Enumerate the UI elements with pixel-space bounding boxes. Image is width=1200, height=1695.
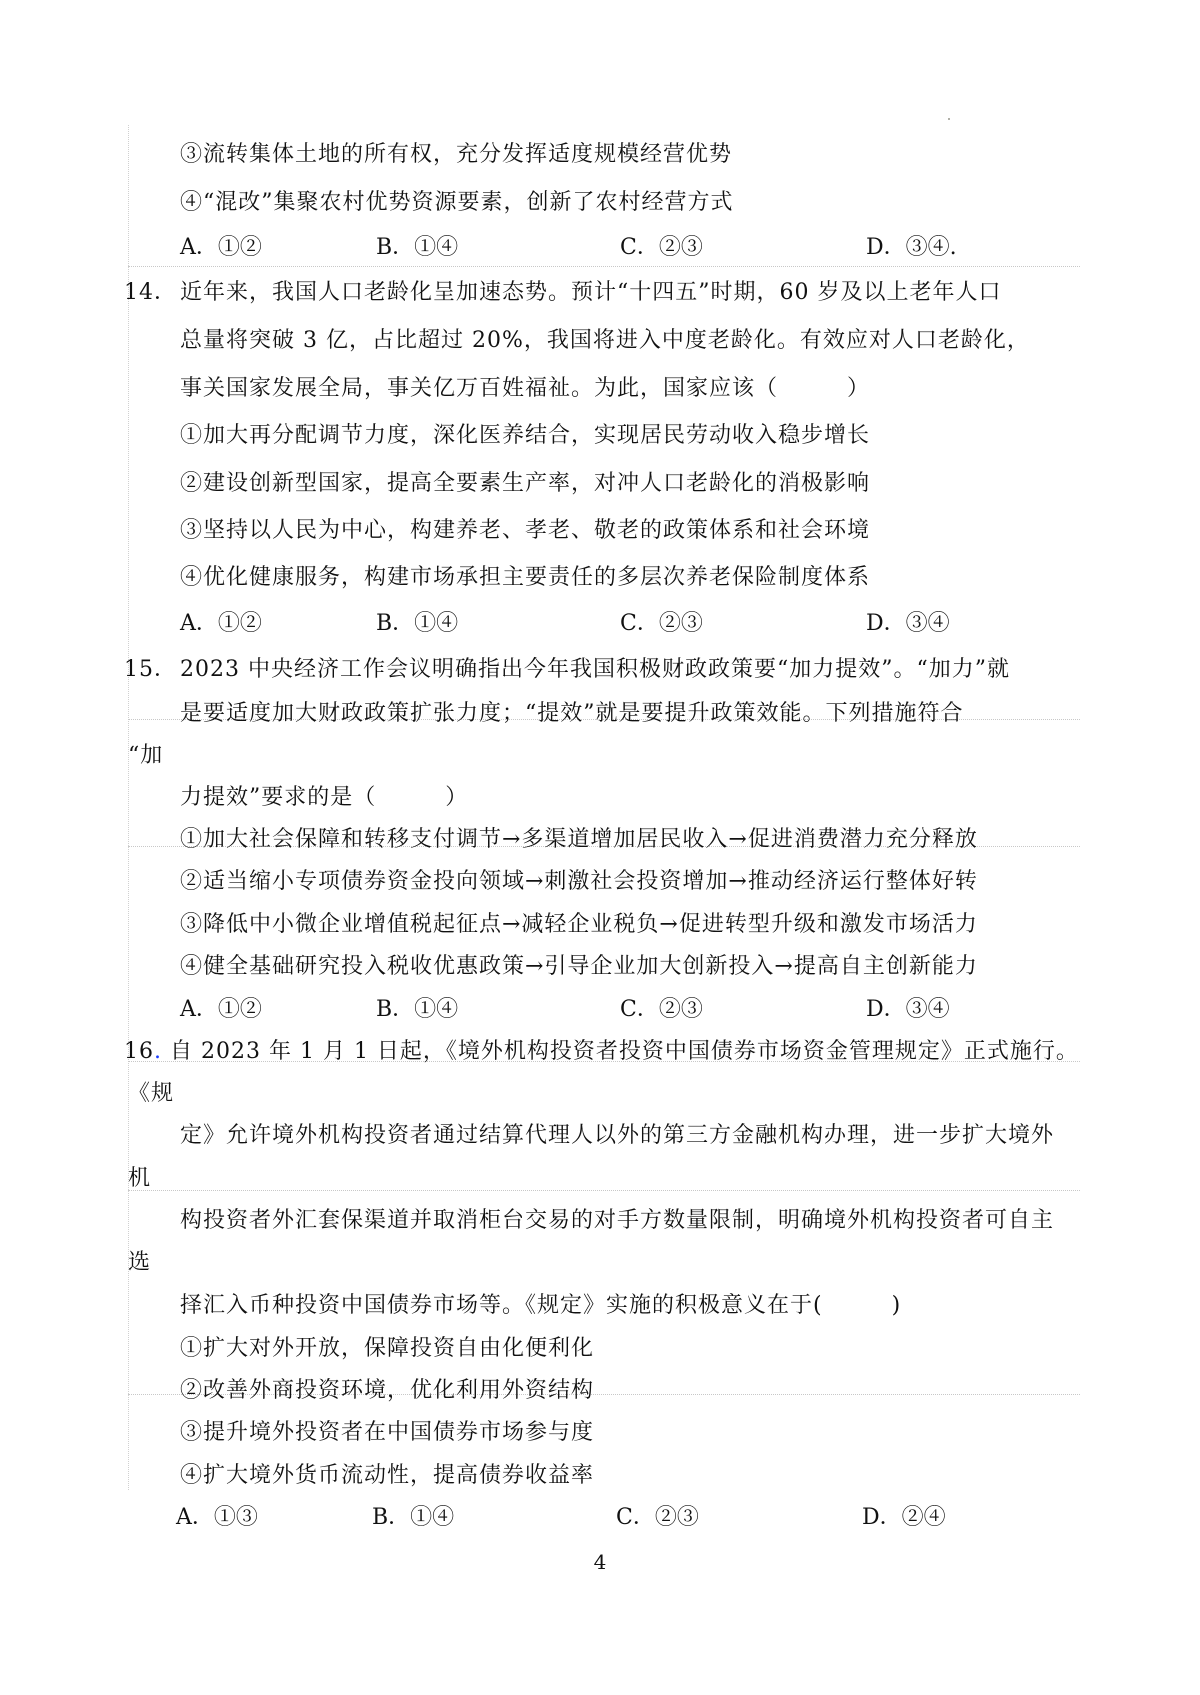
q13-option-4: ④“混改”集聚农村优势资源要素，创新了农村经营方式 — [180, 188, 734, 218]
q16-stem-line-1: 自 2023 年 1 月 1 日起，《境外机构投资者投资中国债券市场资金管理规定… — [162, 1039, 1079, 1064]
q16-stem-line-5: 构投资者外汇套保渠道并取消柜台交易的对手方数量限制，明确境外机构投资者可自主 — [180, 1206, 1054, 1236]
q13-choice-d: D．③④. — [866, 233, 957, 263]
q15-choice-c: C．②③ — [620, 995, 703, 1025]
q14-number: 14． — [124, 278, 177, 308]
q16-number: 16 — [124, 1039, 154, 1064]
dotted-separator — [128, 1190, 1080, 1191]
q14-choice-c: C．②③ — [620, 609, 703, 639]
scan-speck — [948, 118, 950, 120]
q16-choice-c: C．②③ — [616, 1503, 699, 1533]
page-number: 4 — [0, 1548, 1200, 1576]
q16-stem-line-6: 选 — [128, 1248, 151, 1278]
q15-choices: A．①② B．①④ C．②③ D．③④ — [180, 995, 1080, 1025]
q14-choices: A．①② B．①④ C．②③ D．③④ — [180, 609, 1080, 639]
q15-choice-b: B．①④ — [376, 995, 458, 1025]
q14-choice-a: A．①② — [180, 609, 262, 639]
q16-choices: A．①③ B．①④ C．②③ D．②④ — [176, 1503, 1076, 1533]
q15-number: 15． — [124, 655, 177, 685]
q16-option-4: ④扩大境外货币流动性，提高债券收益率 — [180, 1461, 594, 1491]
margin-dotted-guide — [128, 125, 129, 1490]
q14-option-1: ①加大再分配调节力度，深化医养结合，实现居民劳动收入稳步增长 — [180, 421, 870, 451]
q15-choice-a: A．①② — [180, 995, 262, 1025]
q14-stem-line-2: 总量将突破 3 亿，占比超过 20%，我国将进入中度老龄化。有效应对人口老龄化， — [180, 326, 1030, 356]
q15-stem-line-2: 是要适度加大财政政策扩张力度；“提效”就是要提升政策效能。下列措施符合 — [180, 699, 964, 729]
q15-choice-d: D．③④ — [866, 995, 950, 1025]
q16-option-3: ③提升境外投资者在中国债券市场参与度 — [180, 1418, 594, 1448]
q16-stem-line-4: 机 — [128, 1164, 151, 1194]
q13-option-3: ③流转集体土地的所有权，充分发挥适度规模经营优势 — [180, 140, 732, 170]
q13-choice-c: C．②③ — [620, 233, 703, 263]
q14-stem-line-1: 近年来，我国人口老龄化呈加速态势。预计“十四五”时期，60 岁及以上老年人口 — [180, 278, 1001, 308]
q16-stem-line-7: 择汇入币种投资中国债券市场等。《规定》实施的积极意义在于( ) — [180, 1291, 901, 1321]
q16-stem-line-2: 《规 — [128, 1079, 174, 1109]
q13-choices: A．①② B．①④ C．②③ D．③④. — [180, 233, 1080, 263]
dotted-separator — [128, 266, 1080, 267]
q15-stem-line-1: 2023 中央经济工作会议明确指出今年我国积极财政政策要“加力提效”。“加力”就 — [180, 655, 1010, 685]
q16-number-dot: . — [154, 1039, 162, 1064]
q16-stem-line-3: 定》允许境外机构投资者通过结算代理人以外的第三方金融机构办理，进一步扩大境外 — [180, 1121, 1054, 1151]
q16-choice-d: D．②④ — [862, 1503, 946, 1533]
q14-option-2: ②建设创新型国家，提高全要素生产率，对冲人口老龄化的消极影响 — [180, 469, 870, 499]
q16-choice-b: B．①④ — [372, 1503, 454, 1533]
q16-choice-a: A．①③ — [176, 1503, 258, 1533]
q16-option-2: ②改善外商投资环境，优化利用外资结构 — [180, 1376, 594, 1406]
q16-first-line: 16. 自 2023 年 1 月 1 日起，《境外机构投资者投资中国债券市场资金… — [124, 1037, 1079, 1067]
q15-option-2: ②适当缩小专项债券资金投向领域→刺激社会投资增加→推动经济运行整体好转 — [180, 867, 978, 897]
q14-option-3: ③坚持以人民为中心，构建养老、孝老、敬老的政策体系和社会环境 — [180, 516, 870, 546]
exam-page: ③流转集体土地的所有权，充分发挥适度规模经营优势 ④“混改”集聚农村优势资源要素… — [0, 0, 1200, 1695]
q16-option-1: ①扩大对外开放，保障投资自由化便利化 — [180, 1334, 594, 1364]
q14-choice-d: D．③④ — [866, 609, 950, 639]
q15-option-4: ④健全基础研究投入税收优惠政策→引导企业加大创新投入→提高自主创新能力 — [180, 952, 978, 982]
q14-stem-line-3: 事关国家发展全局，事关亿万百姓福祉。为此，国家应该（ ） — [180, 374, 870, 404]
q15-option-3: ③降低中小微企业增值税起征点→减轻企业税负→促进转型升级和激发市场活力 — [180, 910, 978, 940]
q14-choice-b: B．①④ — [376, 609, 458, 639]
q13-choice-b: B．①④ — [376, 233, 458, 263]
q13-choice-a: A．①② — [180, 233, 262, 263]
q15-stem-line-3: “加 — [128, 741, 163, 771]
q15-option-1: ①加大社会保障和转移支付调节→多渠道增加居民收入→促进消费潜力充分释放 — [180, 825, 978, 855]
q15-stem-line-4: 力提效”要求的是（ ） — [180, 783, 468, 813]
q14-option-4: ④优化健康服务，构建市场承担主要责任的多层次养老保险制度体系 — [180, 563, 870, 593]
